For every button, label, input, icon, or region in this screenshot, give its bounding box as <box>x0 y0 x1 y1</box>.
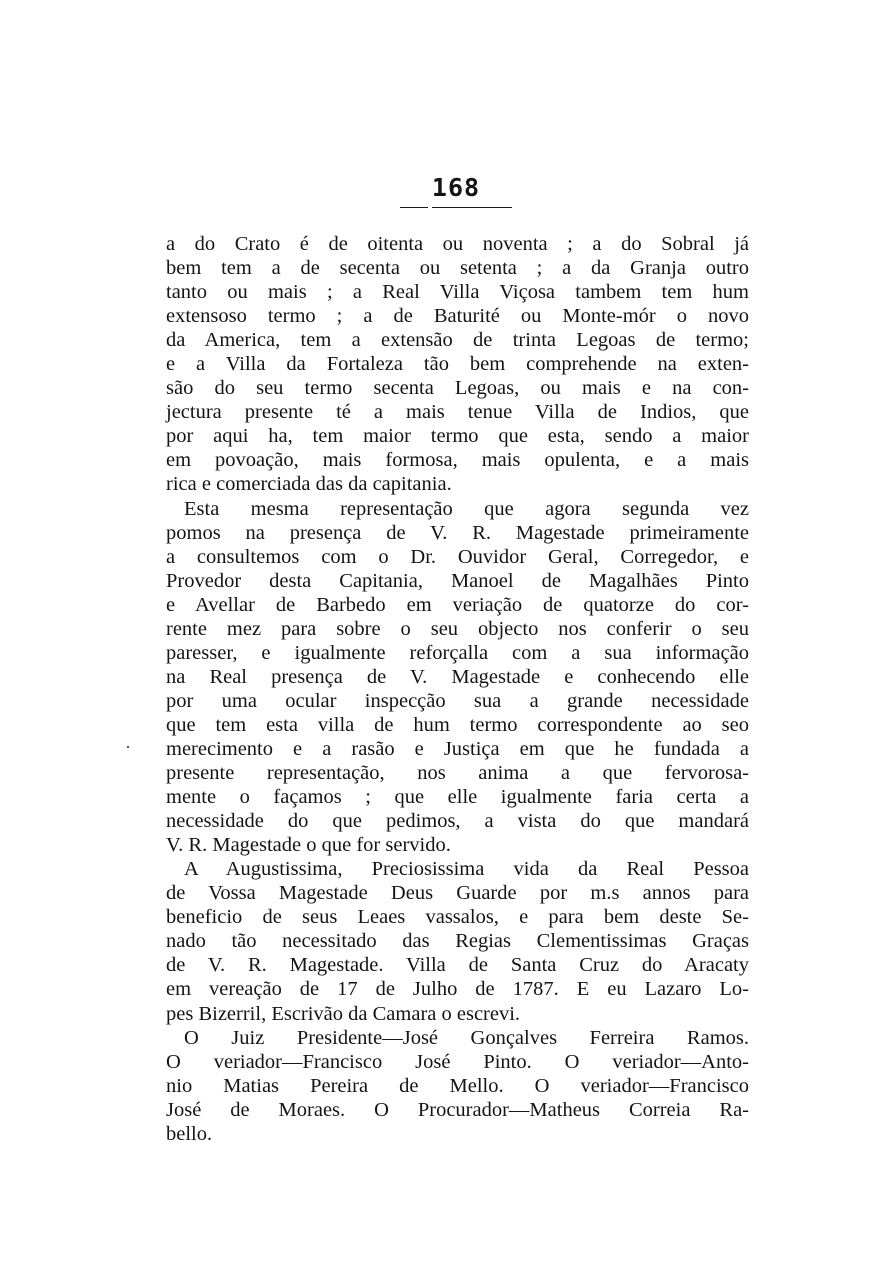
margin-speck <box>127 746 129 748</box>
text-line: na Real presença de V. Magestade e conhe… <box>166 665 749 689</box>
text-line: rente mez para sobre o seu objecto nos c… <box>166 617 749 641</box>
text-line: nado tão necessitado das Regias Clementi… <box>166 929 749 953</box>
page-number-rule-right <box>432 207 512 208</box>
text-line: por aqui ha, tem maior termo que esta, s… <box>166 424 749 448</box>
text-line: e Avellar de Barbedo em veriação de quat… <box>166 593 749 617</box>
paragraph-start-line: Esta mesma representação que agora segun… <box>166 497 749 521</box>
signature-line: nio Matias Pereira de Mello. O veriador—… <box>166 1074 749 1098</box>
text-line: Provedor desta Capitania, Manoel de Maga… <box>166 569 749 593</box>
signature-line: O veriador—Francisco José Pinto. O veria… <box>166 1050 749 1074</box>
text-line: de V. R. Magestade. Villa de Santa Cruz … <box>166 953 749 977</box>
paragraph-end-line: pes Bizerril, Escrivão da Camara o escre… <box>166 1002 749 1026</box>
text-line: extensoso termo ; a de Baturité ou Monte… <box>166 304 749 328</box>
text-line: merecimento e a rasão e Justiça em que h… <box>166 737 749 761</box>
text-line: bem tem a de secenta ou setenta ; a da G… <box>166 256 749 280</box>
text-line: por uma ocular inspecção sua a grande ne… <box>166 689 749 713</box>
text-line: jectura presente té a mais tenue Villa d… <box>166 400 749 424</box>
text-line: de Vossa Magestade Deus Guarde por m.s a… <box>166 881 749 905</box>
page-number-rule-left <box>400 207 428 208</box>
text-line: em vereação de 17 de Julho de 1787. E eu… <box>166 977 749 1001</box>
text-line: beneficio de seus Leaes vassalos, e para… <box>166 905 749 929</box>
text-line: em povoação, mais formosa, mais opulenta… <box>166 448 749 472</box>
text-line: da America, tem a extensão de trinta Leg… <box>166 328 749 352</box>
body-text: a do Crato é de oitenta ou noventa ; a d… <box>166 232 749 1146</box>
text-line: presente representação, nos anima a que … <box>166 761 749 785</box>
text-line: pomos na presença de V. R. Magestade pri… <box>166 521 749 545</box>
paragraph-start-line: A Augustissima, Preciosissima vida da Re… <box>166 857 749 881</box>
text-line: que tem esta villa de hum termo correspo… <box>166 713 749 737</box>
text-line: necessidade do que pedimos, a vista do q… <box>166 809 749 833</box>
text-line: paresser, e igualmente reforçalla com a … <box>166 641 749 665</box>
paragraph-end-line: rica e comerciada das da capitania. <box>166 472 749 496</box>
signature-line: bello. <box>166 1122 749 1146</box>
text-line: a consultemos com o Dr. Ouvidor Geral, C… <box>166 545 749 569</box>
text-line: mente o façamos ; que elle igualmente fa… <box>166 785 749 809</box>
paragraph-end-line: V. R. Magestade o que for servido. <box>166 833 749 857</box>
signature-line: O Juiz Presidente—José Gonçalves Ferreir… <box>166 1026 749 1050</box>
text-line: a do Crato é de oitenta ou noventa ; a d… <box>166 232 749 256</box>
text-line: são do seu termo secenta Legoas, ou mais… <box>166 376 749 400</box>
page-number: 168 <box>400 174 512 202</box>
text-line: tanto ou mais ; a Real Villa Viçosa tamb… <box>166 280 749 304</box>
text-line: e a Villa da Fortaleza tão bem comprehen… <box>166 352 749 376</box>
signature-line: José de Moraes. O Procurador—Matheus Cor… <box>166 1098 749 1122</box>
